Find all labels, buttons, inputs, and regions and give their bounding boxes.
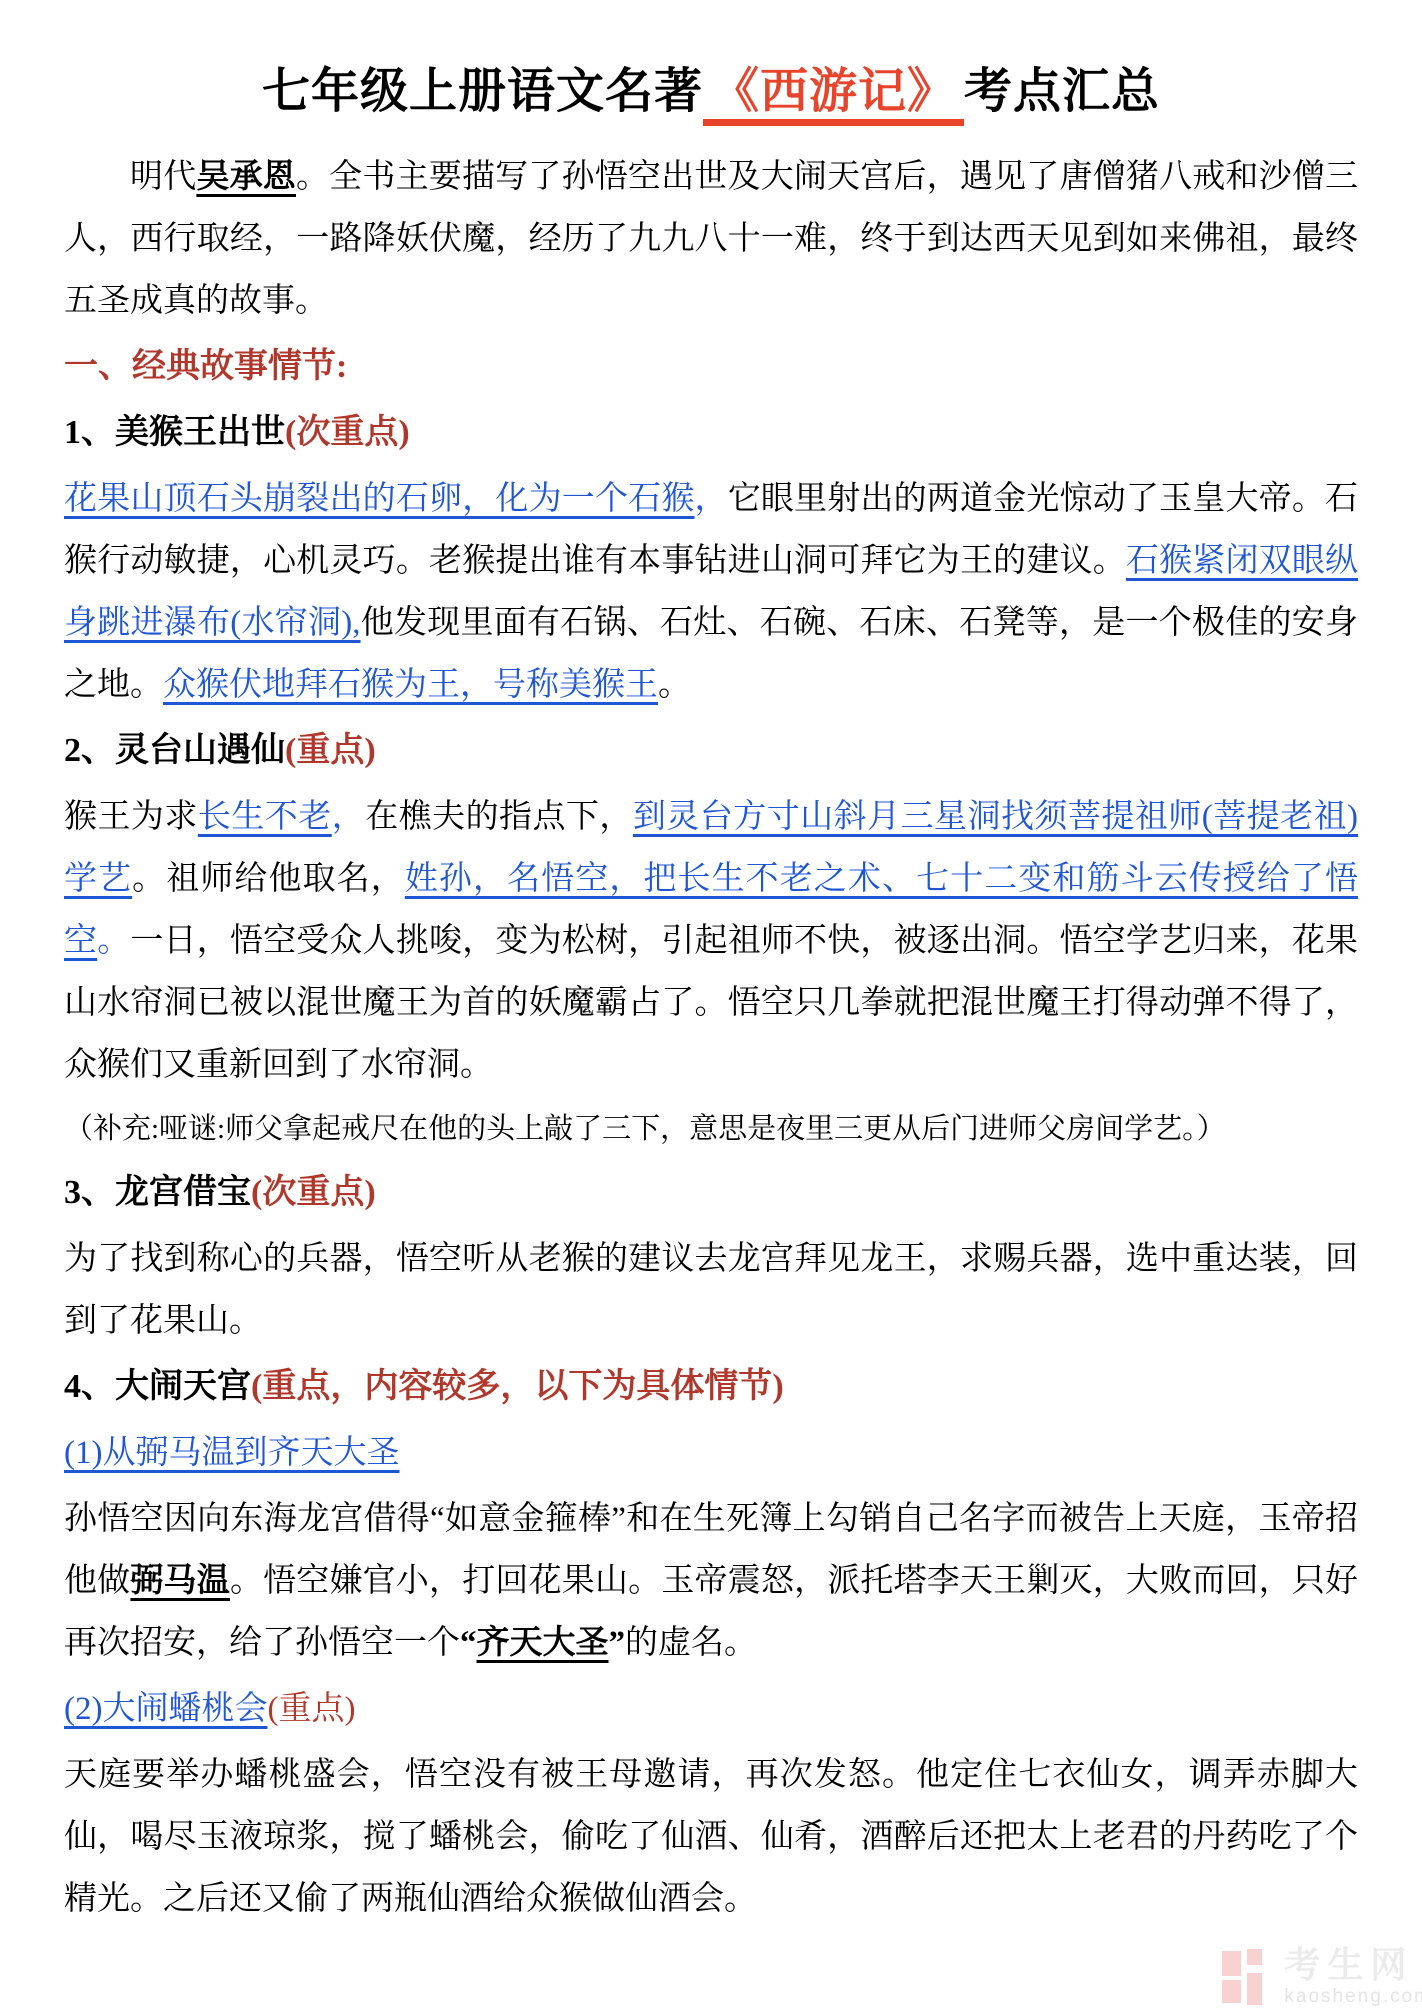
text-run: ” xyxy=(609,1625,626,1661)
subheading-bimawen-to-qitiandasheng: (1)从弼马温到齐天大圣 xyxy=(64,1422,1358,1484)
text-run: 长生不老 xyxy=(198,799,332,835)
page-title: 七年级上册语文名著《西游记》考点汇总 xyxy=(64,52,1358,132)
text-run: 。 xyxy=(658,667,691,703)
text-run: 。 xyxy=(97,923,130,959)
section-heading-classic-plots: 一、经典故事情节: xyxy=(64,336,1358,398)
text-run: 为了找到称心的兵器，悟空听从老猴的建议去龙宫拜见龙王，求赐兵器，选中重达装，回到… xyxy=(64,1241,1358,1339)
title-book-name: 《西游记》 xyxy=(703,65,964,126)
kaosheng-watermark: 考生网 kaosheng.com xyxy=(1222,1947,1422,2006)
text-run: 花果山顶石头崩裂出的石卵，化为一个石猴 xyxy=(64,481,695,517)
text-run: 一日，悟空受众人挑唆，变为松树，引起祖师不快，被逐出洞。悟空学艺归来，花果山水帘… xyxy=(64,923,1358,1083)
text-run: 猴王为求 xyxy=(64,799,198,835)
text-run: 。祖师给他取名， xyxy=(132,861,405,897)
text-run: “ xyxy=(460,1625,477,1661)
text-run: 4、大闹天宫 xyxy=(64,1368,251,1405)
text-run: ， xyxy=(695,481,728,517)
paragraph-supplement-riddle: （补充:哑谜:师父拿起戒尺在他的头上敲了三下，意思是夜里三更从后门进师父房间学艺… xyxy=(64,1100,1358,1158)
text-run: (1)从弼马温到齐天大圣 xyxy=(64,1435,399,1471)
text-run: (重点) xyxy=(285,732,376,769)
text-run: 在樵夫的指点下， xyxy=(365,799,633,835)
text-run: 2、灵台山遇仙 xyxy=(64,732,285,769)
title-suffix: 考点汇总 xyxy=(964,65,1160,118)
text-run: 天庭要举办蟠桃盛会，悟空没有被王母邀请，再次发怒。他定住七衣仙女，调弄赤脚大仙，… xyxy=(64,1757,1358,1917)
watermark-site-name: 考生网 xyxy=(1284,1947,1422,1983)
logo-block xyxy=(1222,1951,1241,1976)
logo-block xyxy=(1247,1949,1262,1965)
logo-block xyxy=(1247,1973,1262,2005)
document-content: 七年级上册语文名著《西游记》考点汇总 明代吴承恩。全书主要描写了孙悟空出世及大闹… xyxy=(0,0,1422,1930)
text-run: ， xyxy=(332,799,365,835)
document-page: 七年级上册语文名著《西游记》考点汇总 明代吴承恩。全书主要描写了孙悟空出世及大闹… xyxy=(0,0,1422,2016)
text-run: (次重点) xyxy=(285,414,410,451)
title-prefix: 七年级上册语文名著 xyxy=(262,65,703,118)
text-run: 1、美猴王出世 xyxy=(64,414,285,451)
text-run: （补充:哑谜:师父拿起戒尺在他的头上敲了三下，意思是夜里三更从后门进师父房间学艺… xyxy=(64,1113,1226,1145)
heading-3-dragon-palace: 3、龙宫借宝(次重点) xyxy=(64,1162,1358,1224)
text-run: (重点) xyxy=(267,1691,355,1727)
text-run: 众猴伏地拜石猴为王，号称美猴王 xyxy=(163,667,658,703)
paragraph-dragon-palace: 为了找到称心的兵器，悟空听从老猴的建议去龙宫拜见龙王，求赐兵器，选中重达装，回到… xyxy=(64,1228,1358,1352)
subheading-peach-banquet: (2)大闹蟠桃会(重点) xyxy=(64,1678,1358,1740)
heading-1-monkey-king-birth: 1、美猴王出世(次重点) xyxy=(64,402,1358,464)
logo-block xyxy=(1222,1980,1241,2003)
watermark-text: 考生网 kaosheng.com xyxy=(1284,1947,1422,2006)
paragraph-monkey-king-birth: 花果山顶石头崩裂出的石卵，化为一个石猴，它眼里射出的两道金光惊动了玉皇大帝。石猴… xyxy=(64,468,1358,716)
watermark-domain: kaosheng.com xyxy=(1284,1987,1422,2006)
text-run: 明代 xyxy=(130,159,196,195)
intro-paragraph: 明代吴承恩。全书主要描写了孙悟空出世及大闹天宫后，遇见了唐僧猪八戒和沙僧三人，西… xyxy=(64,146,1358,332)
paragraph-bimawen: 孙悟空因向东海龙宫借得“如意金箍棒”和在生死簿上勾销自己名字而被告上天庭，玉帝招… xyxy=(64,1488,1358,1674)
text-run: 齐天大圣 xyxy=(477,1625,609,1661)
paragraph-lingtai-mountain: 猴王为求长生不老，在樵夫的指点下，到灵台方寸山斜月三星洞找须菩提祖师(菩提老祖)… xyxy=(64,786,1358,1096)
text-run: 3、龙宫借宝 xyxy=(64,1174,251,1211)
kaosheng-logo-icon xyxy=(1222,1949,1268,2005)
text-run: (重点，内容较多，以下为具体情节) xyxy=(251,1368,784,1405)
text-run: 弼马温 xyxy=(130,1563,230,1599)
paragraph-peach-banquet: 天庭要举办蟠桃盛会，悟空没有被王母邀请，再次发怒。他定住七衣仙女，调弄赤脚大仙，… xyxy=(64,1744,1358,1930)
text-run: 吴承恩 xyxy=(196,159,296,195)
text-run: 的虚名。 xyxy=(625,1625,757,1661)
heading-2-lingtai-mountain: 2、灵台山遇仙(重点) xyxy=(64,720,1358,782)
heading-4-havoc-in-heaven: 4、大闹天宫(重点，内容较多，以下为具体情节) xyxy=(64,1356,1358,1418)
text-run: (2)大闹蟠桃会 xyxy=(64,1691,267,1727)
text-run: 一、经典故事情节: xyxy=(64,348,347,385)
text-run: (次重点) xyxy=(251,1174,376,1211)
document-body: 明代吴承恩。全书主要描写了孙悟空出世及大闹天宫后，遇见了唐僧猪八戒和沙僧三人，西… xyxy=(64,146,1358,1930)
